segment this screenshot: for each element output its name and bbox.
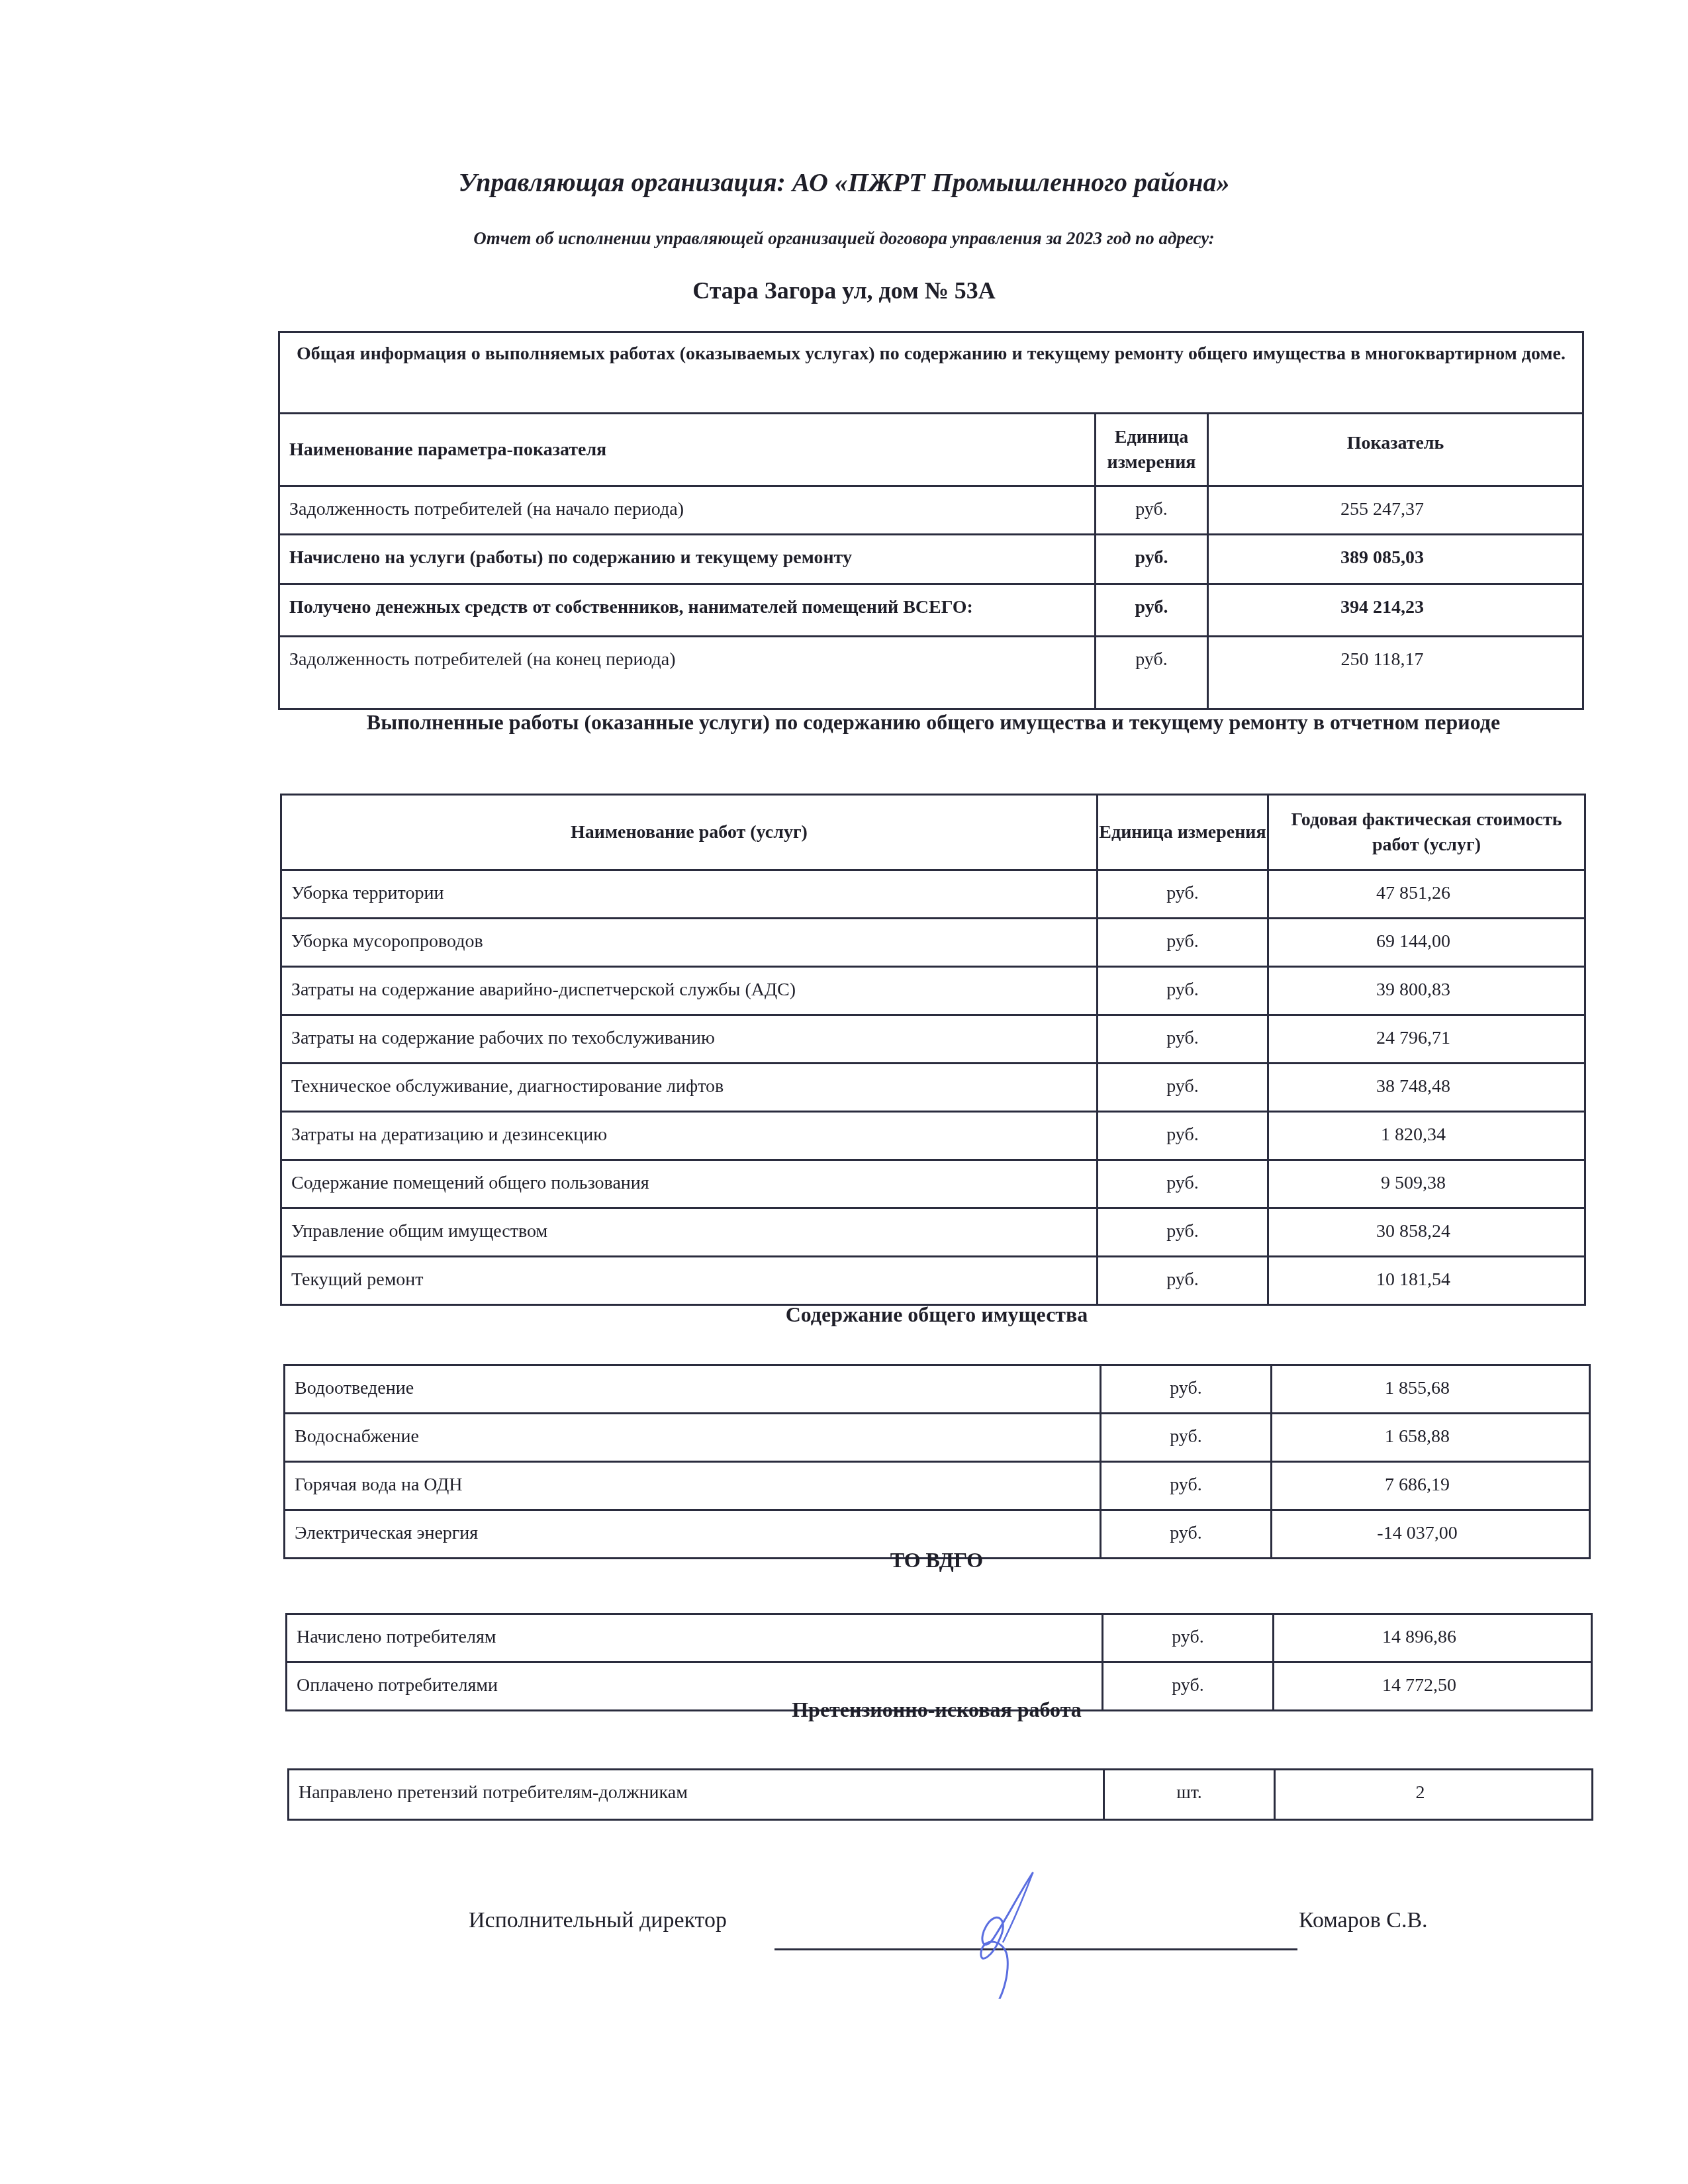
table-row: Текущий ремонтруб.10 181,54	[281, 1257, 1585, 1305]
claims-table: Направлено претензий потребителям-должни…	[287, 1768, 1593, 1821]
row-unit: руб.	[1098, 1160, 1268, 1208]
signatory-position: Исполнительный директор	[469, 1908, 727, 1933]
table-row: Техническое обслуживание, диагностирован…	[281, 1064, 1585, 1112]
row-name: Затраты на дератизацию и дезинсекцию	[281, 1112, 1098, 1160]
organization-title: Управляющая организация: АО «ПЖРТ Промыш…	[0, 167, 1688, 198]
row-unit: руб.	[1101, 1462, 1272, 1510]
row-value: 30 858,24	[1268, 1208, 1585, 1257]
row-unit: руб.	[1101, 1365, 1272, 1414]
table-row: Уборка территориируб.47 851,26	[281, 870, 1585, 919]
claims-title: Претензионно-исковая работа	[285, 1694, 1589, 1725]
row-name: Текущий ремонт	[281, 1257, 1098, 1305]
row-value: 69 144,00	[1268, 919, 1585, 967]
row-name: Горячая вода на ОДН	[285, 1462, 1101, 1510]
row-unit: руб.	[1098, 1064, 1268, 1112]
row-unit: руб.	[1098, 1112, 1268, 1160]
row-name: Задолженность потребителей (на конец пер…	[279, 637, 1096, 709]
address-title: Стара Загора ул, дом № 53А	[0, 277, 1688, 304]
row-name: Начислено потребителям	[287, 1614, 1103, 1662]
row-name: Водоснабжение	[285, 1414, 1101, 1462]
row-unit: руб.	[1098, 1015, 1268, 1064]
table-row: Получено денежных средств от собственник…	[279, 584, 1583, 637]
row-name: Затраты на содержание рабочих по техобсл…	[281, 1015, 1098, 1064]
row-value: 2	[1275, 1770, 1593, 1820]
table-row: Затраты на содержание рабочих по техобсл…	[281, 1015, 1585, 1064]
column-header-work-name: Наименование работ (услуг)	[281, 795, 1098, 870]
column-header-unit: Единица измерения	[1098, 795, 1268, 870]
report-title: Отчет об исполнении управляющей организа…	[0, 228, 1688, 249]
table-row: Начислено на услуги (работы) по содержан…	[279, 535, 1583, 584]
table-row: Задолженность потребителей (на начало пе…	[279, 486, 1583, 535]
row-name: Управление общим имуществом	[281, 1208, 1098, 1257]
works-section-title: Выполненные работы (оказанные услуги) по…	[311, 707, 1556, 737]
table-row: Задолженность потребителей (на конец пер…	[279, 637, 1583, 709]
common-property-rows: Водоотведениеруб.1 855,68Водоснабжениеру…	[285, 1365, 1590, 1559]
column-header-parameter: Наименование параметра-показателя	[279, 414, 1096, 486]
claims-rows: Направлено претензий потребителям-должни…	[289, 1770, 1593, 1820]
row-value: 255 247,37	[1208, 486, 1583, 535]
vdgo-title: ТО ВДГО	[285, 1545, 1589, 1575]
table-row: Горячая вода на ОДНруб.7 686,19	[285, 1462, 1590, 1510]
general-info-rows: Задолженность потребителей (на начало пе…	[279, 486, 1583, 709]
row-value: 9 509,38	[1268, 1160, 1585, 1208]
general-info-table: Общая информация о выполняемых работах (…	[278, 331, 1584, 710]
common-property-title: Содержание общего имущества	[285, 1299, 1589, 1330]
row-value: 39 800,83	[1268, 967, 1585, 1015]
row-unit: руб.	[1098, 1257, 1268, 1305]
row-name: Получено денежных средств от собственник…	[279, 584, 1096, 637]
row-unit: руб.	[1098, 919, 1268, 967]
row-value: 394 214,23	[1208, 584, 1583, 637]
row-name: Затраты на содержание аварийно-диспетчер…	[281, 967, 1098, 1015]
row-unit: шт.	[1104, 1770, 1275, 1820]
handwritten-signature-icon	[947, 1866, 1079, 1999]
row-value: 1 820,34	[1268, 1112, 1585, 1160]
works-rows: Уборка территориируб.47 851,26Уборка мус…	[281, 870, 1585, 1305]
row-name: Содержание помещений общего пользования	[281, 1160, 1098, 1208]
row-name: Водоотведение	[285, 1365, 1101, 1414]
general-info-banner: Общая информация о выполняемых работах (…	[279, 332, 1583, 414]
table-row: Направлено претензий потребителям-должни…	[289, 1770, 1593, 1820]
table-row: Уборка мусоропроводовруб.69 144,00	[281, 919, 1585, 967]
column-header-annual-cost: Годовая фактическая стоимость работ (усл…	[1268, 795, 1585, 870]
column-header-value: Показатель	[1208, 414, 1583, 486]
table-row: Водоотведениеруб.1 855,68	[285, 1365, 1590, 1414]
row-unit: руб.	[1096, 584, 1208, 637]
column-header-unit: Единица измерения	[1096, 414, 1208, 486]
row-name: Начислено на услуги (работы) по содержан…	[279, 535, 1096, 584]
row-unit: руб.	[1101, 1414, 1272, 1462]
row-value: 7 686,19	[1272, 1462, 1590, 1510]
row-unit: руб.	[1096, 535, 1208, 584]
row-unit: руб.	[1098, 1208, 1268, 1257]
table-row: Начислено потребителямруб.14 896,86	[287, 1614, 1592, 1662]
row-unit: руб.	[1096, 637, 1208, 709]
table-row: Управление общим имуществомруб.30 858,24	[281, 1208, 1585, 1257]
row-name: Уборка территории	[281, 870, 1098, 919]
row-name: Задолженность потребителей (на начало пе…	[279, 486, 1096, 535]
row-unit: руб.	[1103, 1614, 1274, 1662]
table-row: Затраты на дератизацию и дезинсекциюруб.…	[281, 1112, 1585, 1160]
row-name: Направлено претензий потребителям-должни…	[289, 1770, 1104, 1820]
works-table: Наименование работ (услуг) Единица измер…	[280, 794, 1586, 1306]
row-value: 250 118,17	[1208, 637, 1583, 709]
table-row: Водоснабжениеруб.1 658,88	[285, 1414, 1590, 1462]
row-value: 1 658,88	[1272, 1414, 1590, 1462]
row-value: 10 181,54	[1268, 1257, 1585, 1305]
row-unit: руб.	[1098, 870, 1268, 919]
row-value: 389 085,03	[1208, 535, 1583, 584]
row-value: 47 851,26	[1268, 870, 1585, 919]
table-row: Содержание помещений общего пользованияр…	[281, 1160, 1585, 1208]
signatory-name: Комаров С.В.	[1299, 1908, 1428, 1933]
row-value: 38 748,48	[1268, 1064, 1585, 1112]
common-property-table: Водоотведениеруб.1 855,68Водоснабжениеру…	[283, 1364, 1591, 1559]
row-value: 14 896,86	[1274, 1614, 1592, 1662]
row-unit: руб.	[1098, 967, 1268, 1015]
row-name: Уборка мусоропроводов	[281, 919, 1098, 967]
row-value: 1 855,68	[1272, 1365, 1590, 1414]
row-name: Техническое обслуживание, диагностирован…	[281, 1064, 1098, 1112]
table-row: Затраты на содержание аварийно-диспетчер…	[281, 967, 1585, 1015]
row-value: 24 796,71	[1268, 1015, 1585, 1064]
row-unit: руб.	[1096, 486, 1208, 535]
